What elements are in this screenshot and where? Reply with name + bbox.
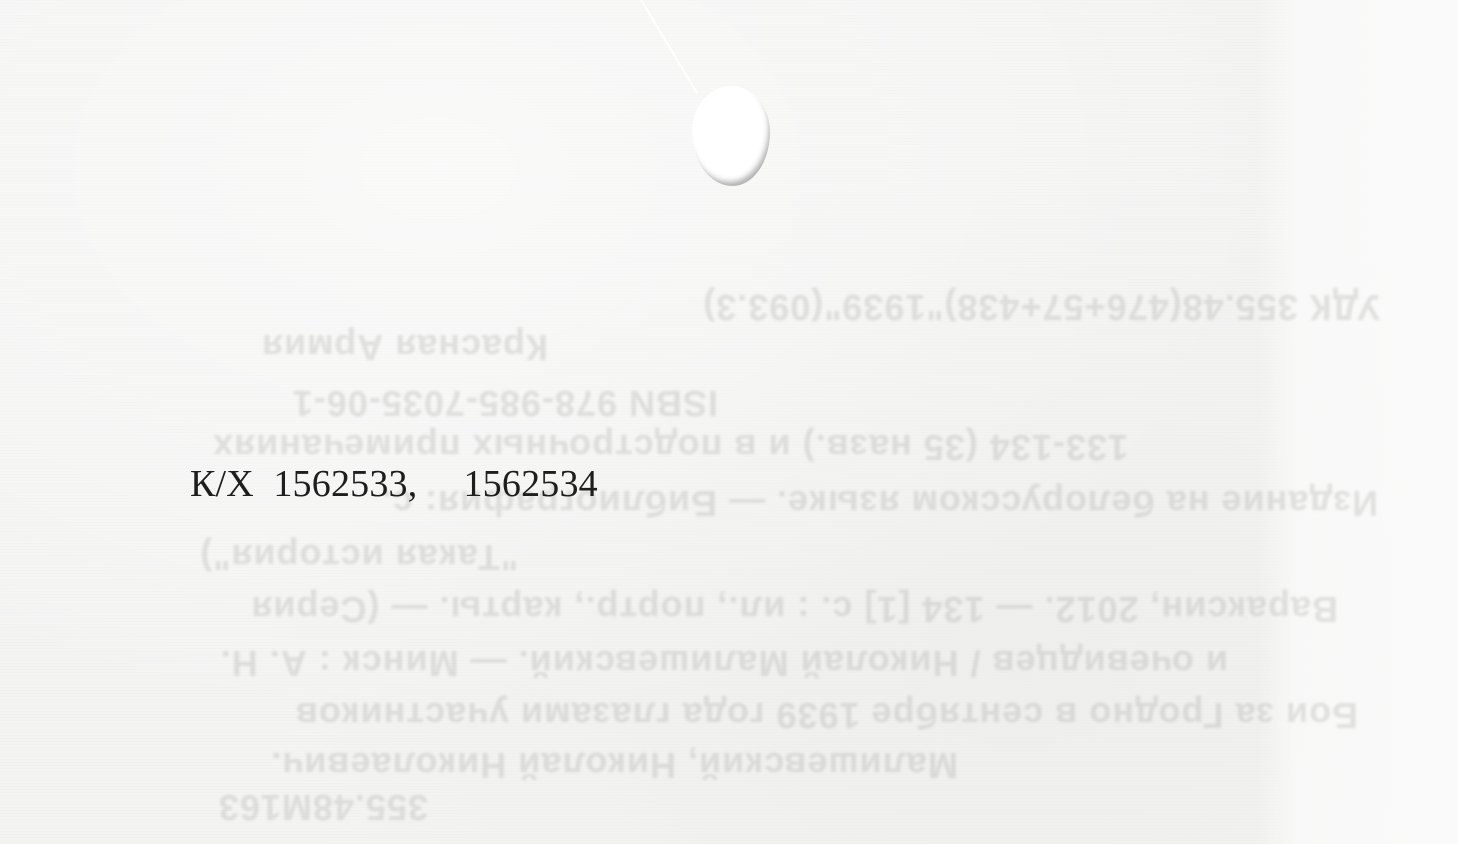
inventory-number: 1562533, [273, 463, 417, 505]
scan-margin [1258, 0, 1458, 844]
inventory-number: 1562534 [463, 463, 597, 505]
punch-hole [692, 86, 770, 186]
inventory-label: К/Х [190, 463, 254, 505]
inventory-line: К/Х 1562533,1562534 [190, 462, 598, 506]
